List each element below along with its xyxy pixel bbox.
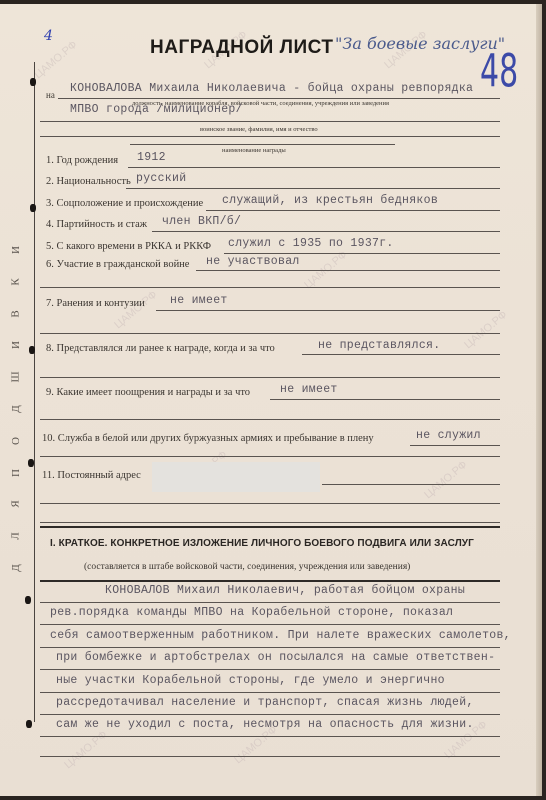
citation-line: КОНОВАЛОВ Михаил Николаевич, работая бой…: [105, 584, 465, 597]
field-label-prior-awards: 8. Представлялся ли ранее к награде, ког…: [46, 343, 275, 354]
field-label-social-origin: 3. Соцположение и происхождение: [46, 198, 203, 209]
citation-line: рев.порядка команды МПВО на Корабельной …: [50, 606, 453, 619]
rule: [40, 624, 500, 625]
field-value-birth-year: 1912: [137, 151, 166, 164]
section-1-heading: I. КРАТКОЕ. КОНКРЕТНОЕ ИЗЛОЖЕНИЕ ЛИЧНОГО…: [50, 538, 474, 549]
section-1-subheading: (составляется в штабе войсковой части, с…: [84, 562, 410, 572]
rule: [40, 692, 500, 693]
caption-rank: воинское звание, фамилия, имя и отчество: [200, 126, 318, 133]
field-label-address: 11. Постоянный адрес: [42, 470, 141, 481]
binding-margin-line: [34, 62, 35, 722]
handwritten-sheet-number: 48: [480, 46, 518, 99]
citation-line: рассредотачивал население и транспорт, с…: [56, 696, 474, 709]
field-label-civil-war: 6. Участие в гражданской войне: [46, 259, 189, 270]
page-edge: [536, 4, 542, 796]
ink-blot: [30, 78, 36, 86]
rule: [126, 188, 500, 189]
header-prefix: на: [46, 90, 55, 100]
section-divider: [40, 526, 500, 528]
watermark: ЦАМО.РФ: [112, 289, 159, 332]
field-label-birth-year: 1. Год рождения: [46, 155, 118, 166]
field-value-social-origin: служащий, из крестьян бедняков: [222, 194, 438, 207]
watermark: ЦАМО.РФ: [32, 39, 79, 82]
watermark: ЦАМО.РФ: [422, 459, 469, 502]
rule: [206, 210, 500, 211]
rule: [40, 756, 500, 757]
field-value-wounds: не имеет: [170, 294, 228, 307]
caption-award: наименование награды: [222, 147, 286, 154]
rule: [40, 419, 500, 420]
handwritten-corner-mark: 4: [44, 28, 53, 44]
rule: [40, 714, 500, 715]
rule: [156, 310, 500, 311]
rule: [40, 602, 500, 603]
award-sheet-page: ЦАМО.РФ ЦАМО.РФ ЦАМО.РФ ЦАМО.РФ ЦАМО.РФ …: [0, 4, 542, 796]
caption-position: должность, наименование корабля, войсков…: [132, 100, 389, 107]
field-label-nationality: 2. Национальность: [46, 176, 131, 187]
rule: [40, 121, 500, 122]
field-value-commendations: не имеет: [280, 383, 338, 396]
rule: [128, 167, 500, 168]
rule: [40, 736, 500, 737]
rule: [302, 354, 500, 355]
ink-blot: [30, 204, 36, 212]
rule: [40, 333, 500, 334]
ink-blot: [25, 596, 31, 604]
section-divider: [40, 580, 500, 582]
rule: [40, 377, 500, 378]
rule: [40, 669, 500, 670]
rule: [270, 399, 500, 400]
citation-line: себя самоотверженным работником. При нал…: [50, 629, 511, 642]
field-label-white-army: 10. Служба в белой или других буржуазных…: [42, 433, 374, 444]
field-label-commendations: 9. Какие имеет поощрения и награды и за …: [46, 387, 250, 398]
field-value-prior-awards: не представлялся.: [318, 339, 440, 352]
rule: [410, 445, 500, 446]
watermark: ЦАМО.РФ: [462, 309, 509, 352]
rule: [40, 136, 500, 137]
rule: [40, 522, 500, 523]
rule: [224, 253, 500, 254]
ink-blot: [28, 459, 34, 467]
ink-blot: [29, 346, 35, 354]
rule: [40, 503, 500, 504]
rule: [322, 484, 500, 485]
field-value-nationality: русский: [136, 172, 186, 185]
rule: [152, 231, 500, 232]
citation-line: сам же не уходил с поста, несмотря на оп…: [56, 718, 474, 731]
rule: [196, 270, 500, 271]
field-value-party: член ВКП/б/: [162, 215, 241, 228]
name-line-1: КОНОВАЛОВА Михаила Николаевича - бойца о…: [70, 82, 473, 95]
rule: [40, 647, 500, 648]
rule: [58, 98, 500, 99]
field-value-white-army: не служил: [416, 429, 481, 442]
field-label-service-since: 5. С какого времени в РККА и РККФ: [46, 241, 211, 252]
ink-blot: [26, 720, 32, 728]
rule: [40, 456, 500, 457]
binding-label: Д Л Я П О Д Ш И В К И: [8, 244, 24, 574]
document-title: НАГРАДНОЙ ЛИСТ: [150, 37, 333, 59]
redacted-address: [152, 462, 320, 492]
field-value-civil-war: не участвовал: [206, 255, 300, 268]
citation-line: ные участки Корабельной стороны, где уме…: [56, 674, 445, 687]
rule: [130, 144, 395, 145]
field-label-wounds: 7. Ранения и контузии: [46, 298, 145, 309]
citation-line: при бомбежке и артобстрелах он посылался…: [56, 651, 495, 664]
field-value-service-since: служил с 1935 по 1937г.: [228, 237, 394, 250]
field-label-party: 4. Партийность и стаж: [46, 219, 147, 230]
rule: [40, 287, 500, 288]
